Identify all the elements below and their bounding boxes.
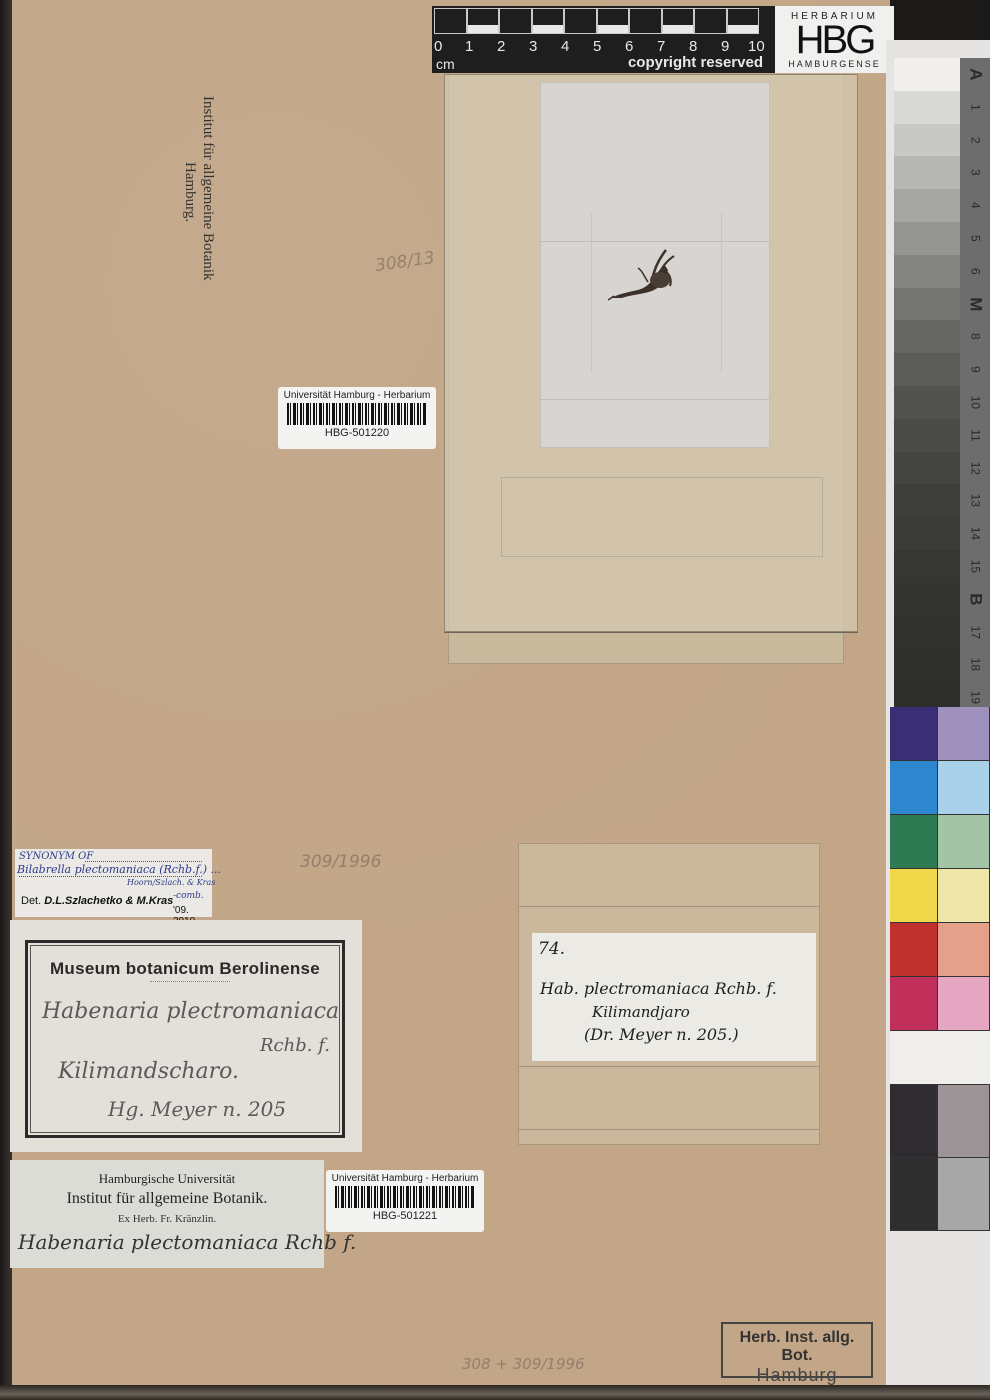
synonym-name: Bilabrella plectomaniaca (Rchb.f.) ...	[17, 863, 221, 876]
packet-label: 74. Hab. plectromaniaca Rchb. f. Kiliman…	[532, 933, 816, 1061]
ruler-unit: cm	[436, 56, 455, 72]
synonym-heading: SYNONYM OF	[19, 851, 93, 862]
orchid-specimen-icon	[608, 240, 678, 310]
ruler-number: 0	[434, 38, 442, 55]
gray-step	[894, 484, 960, 517]
gray-step-label: 5	[959, 223, 990, 253]
ruler-number: 5	[593, 38, 601, 55]
gray-step-label: 15	[959, 551, 990, 581]
fold-line	[541, 399, 769, 400]
gray-step-label: 11	[959, 420, 990, 450]
handwritten-taxon: Hab. plectromaniaca Rchb. f.	[540, 979, 777, 998]
gray-step-label: 1	[959, 92, 990, 122]
handwritten-taxon: Habenaria plectromaniaca	[42, 999, 339, 1024]
scale-bar: 0 1 2 3 4 5 6 7 8 9 10 cm copyright rese…	[432, 6, 894, 73]
gray-step-label: 4	[959, 191, 990, 221]
gray-step	[894, 550, 960, 583]
gray-scale-labels: A123456M89101112131415B171819	[960, 58, 990, 714]
gray-step	[894, 583, 960, 616]
ruler-ticks	[434, 8, 759, 34]
color-patch	[890, 815, 938, 869]
det-names: D.L.Szlachetko & M.Kras	[44, 895, 173, 907]
gray-step-label: 12	[959, 453, 990, 483]
gray-step	[894, 124, 960, 157]
color-patch	[938, 761, 990, 815]
ruler-segment	[727, 8, 760, 34]
gray-step	[894, 189, 960, 222]
gray-step	[894, 255, 960, 288]
gray-step-label: 6	[959, 256, 990, 286]
label-university: Hamburgische Universität	[10, 1171, 324, 1187]
hamburg-institute-label: Hamburgische Universität Institut für al…	[10, 1160, 324, 1268]
logo-bottom-text: HAMBURGENSE	[775, 59, 894, 69]
synonym-authors: Hoorn/Szlach. & Kras	[127, 878, 215, 887]
color-patch	[890, 923, 938, 977]
color-patch	[938, 815, 990, 869]
ruler-number: 7	[657, 38, 665, 55]
handwritten-locality: Kilimandjaro	[592, 1003, 690, 1021]
fold-line	[721, 213, 722, 373]
museum-title: Museum botanicum Berolinense	[28, 959, 342, 979]
determiners: Det. D.L.Szlachetko & M.Kras	[21, 895, 173, 907]
color-patches	[890, 707, 990, 1231]
gray-step	[894, 91, 960, 124]
packet-printed-text: Institut für allgemeine Botanik Hamburg.	[160, 70, 220, 350]
ruler-number: 3	[529, 38, 537, 55]
gray-step	[894, 58, 960, 91]
color-patch	[938, 923, 990, 977]
packet-text-line2: Hamburg.	[181, 162, 198, 222]
color-patch	[890, 707, 938, 761]
color-patch	[890, 1085, 938, 1158]
barcode-icon	[335, 1186, 475, 1208]
gray-step	[894, 419, 960, 452]
ruler-number: 4	[561, 38, 569, 55]
fold-line	[519, 906, 819, 907]
gray-step-label: 18	[959, 650, 990, 680]
gray-step	[894, 222, 960, 255]
fold-line	[591, 213, 592, 373]
barcode-icon	[287, 403, 427, 425]
ruler-number: 9	[721, 38, 729, 55]
ruler-number: 6	[625, 38, 633, 55]
barcode-label-title: Universität Hamburg - Herbarium	[278, 390, 436, 401]
gray-step	[894, 452, 960, 485]
color-patch	[890, 1031, 990, 1085]
gray-step	[894, 288, 960, 321]
handwritten-collector: (Dr. Meyer n. 205.)	[584, 1025, 739, 1044]
ruler-segment	[467, 8, 500, 34]
color-patch	[890, 761, 938, 815]
ruler-segment	[629, 8, 662, 34]
color-patch	[890, 869, 938, 923]
ruler-number: 2	[497, 38, 505, 55]
gray-scale-steps	[894, 58, 960, 714]
gray-step-label: 8	[959, 322, 990, 352]
pencil-note: 308 + 309/1996	[462, 1355, 585, 1373]
ruler-segment	[564, 8, 597, 34]
barcode-label-title: Universität Hamburg - Herbarium	[326, 1173, 484, 1184]
color-patch	[938, 707, 990, 761]
gray-step-label: 9	[959, 355, 990, 385]
fold-line	[519, 1129, 819, 1130]
packet-text-line1: Institut für allgemeine Botanik	[199, 96, 216, 281]
gray-step-label: 17	[959, 617, 990, 647]
pencil-note: 309/1996	[300, 852, 381, 872]
hbg-logo: HERBARIUM HBG HAMBURGENSE	[775, 6, 894, 73]
color-patch	[890, 1158, 938, 1231]
handwritten-collector: Hg. Meyer n. 205	[108, 1097, 286, 1121]
fold-line	[519, 1066, 819, 1067]
gray-step-label: B	[959, 584, 990, 614]
label-frame: Museum botanicum Berolinense Habenaria p…	[25, 940, 345, 1138]
label-ex-herb: Ex Herb. Fr. Kränzlin.	[10, 1213, 324, 1225]
scan-edge-bottom	[0, 1385, 990, 1400]
gray-step-label: 10	[959, 387, 990, 417]
gray-step	[894, 517, 960, 550]
dotted-rule	[150, 981, 230, 982]
gray-step-label: M	[959, 289, 990, 319]
gray-step	[894, 616, 960, 649]
gray-step-label: 2	[959, 125, 990, 155]
dotted-line	[85, 861, 202, 862]
synonym-comb: -comb.	[173, 891, 204, 901]
label-institute: Institut für allgemeine Botanik.	[10, 1190, 324, 1208]
color-patch	[938, 1085, 990, 1158]
stamp-line2: Hamburg	[723, 1365, 871, 1386]
det-prefix: Det.	[21, 895, 41, 907]
gray-step-label: 14	[959, 519, 990, 549]
gray-step	[894, 320, 960, 353]
stamp-line1: Herb. Inst. allg. Bot.	[723, 1329, 871, 1365]
ruler-segment	[532, 8, 565, 34]
logo-mark: HBG	[775, 20, 894, 60]
ruler-segment	[499, 8, 532, 34]
barcode-label: Universität Hamburg - Herbarium HBG-5012…	[278, 387, 436, 449]
copyright-notice: copyright reserved	[628, 54, 763, 71]
barcode-number: HBG-501221	[326, 1210, 484, 1222]
gray-step-label: 13	[959, 486, 990, 516]
gray-step-label: A	[959, 59, 990, 89]
ruler-segment	[662, 8, 695, 34]
gray-step	[894, 156, 960, 189]
determination-slip: SYNONYM OF Bilabrella plectomaniaca (Rch…	[15, 849, 212, 917]
envelope-show-through-label	[501, 477, 823, 557]
dotted-line	[19, 876, 202, 877]
ruler-segment	[694, 8, 727, 34]
ruler-segment	[434, 8, 467, 34]
centimeter-ruler: 0 1 2 3 4 5 6 7 8 9 10 cm copyright rese…	[432, 6, 775, 73]
color-patch	[938, 869, 990, 923]
ruler-segment	[597, 8, 630, 34]
gray-step	[894, 386, 960, 419]
handwritten-taxon: Habenaria plectomaniaca Rchb f.	[18, 1230, 356, 1254]
ruler-number: 8	[689, 38, 697, 55]
color-calibration-chart: A123456M89101112131415B171819	[886, 40, 990, 1385]
color-patch	[938, 1158, 990, 1231]
color-patch	[890, 977, 938, 1031]
institute-stamp: Herb. Inst. allg. Bot. Hamburg	[721, 1322, 873, 1378]
color-patch	[938, 977, 990, 1031]
barcode-label: Universität Hamburg - Herbarium HBG-5012…	[326, 1170, 484, 1232]
barcode-number: HBG-501220	[278, 427, 436, 439]
museum-berolinense-label: Museum botanicum Berolinense Habenaria p…	[10, 920, 362, 1152]
ruler-number: 10	[748, 38, 765, 55]
gray-step	[894, 648, 960, 681]
label-number: 74.	[538, 939, 565, 959]
handwritten-locality: Kilimandscharo.	[58, 1059, 239, 1084]
ruler-numbers: 0 1 2 3 4 5 6 7 8 9 10	[432, 38, 772, 54]
handwritten-author: Rchb. f.	[260, 1035, 330, 1056]
ruler-number: 1	[465, 38, 473, 55]
gray-step	[894, 353, 960, 386]
gray-step-label: 3	[959, 158, 990, 188]
